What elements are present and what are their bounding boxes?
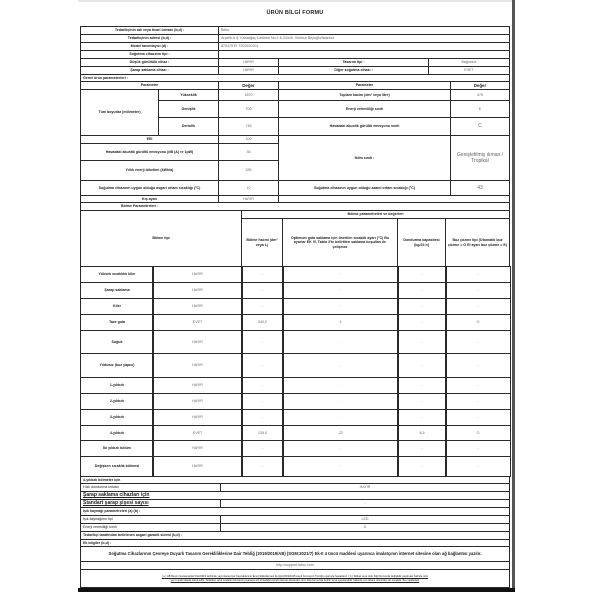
compartment-cell-freeze: - bbox=[397, 282, 447, 299]
compartment-cell-temp: - bbox=[282, 393, 399, 410]
footnote-line-2: yeni model olarak kabul edilir. Tedarikç… bbox=[171, 579, 420, 583]
compartment-cell-temp: -22 bbox=[282, 425, 399, 441]
col-defrost-header: Buz çözme tipi (Otomatik buz çözme = O E… bbox=[445, 218, 510, 267]
compartment-cell-defrost: - bbox=[445, 377, 511, 394]
min-ambient-temp-value: 10 bbox=[218, 180, 279, 196]
depth-value: 745 bbox=[218, 117, 279, 136]
compartment-cell-volume: 340,0 bbox=[241, 314, 284, 331]
compartment-cell-volume: - bbox=[241, 266, 284, 283]
compartment-cell-temp: - bbox=[282, 456, 399, 477]
compartment-cell-volume: - bbox=[241, 330, 284, 354]
width-label: Genişlik bbox=[158, 100, 219, 118]
compartment-cell-freeze: - bbox=[397, 266, 447, 283]
depth-label: Derinlik bbox=[158, 117, 219, 136]
page-right-edge bbox=[512, 0, 515, 592]
width-value: 700 bbox=[218, 100, 279, 118]
compartment-cell-name: Yıldızsız (buz yapıcı) bbox=[80, 353, 154, 378]
compartment-cell-name: Taze gıda bbox=[80, 314, 154, 331]
compartment-cell-present: HAYIR bbox=[152, 266, 243, 283]
compartment-cell-temp: - bbox=[282, 353, 399, 378]
compartment-cell-temp: - bbox=[282, 298, 399, 315]
compartment-cell-present: HAYIR bbox=[152, 353, 243, 378]
compartment-cell-defrost: - bbox=[445, 409, 511, 426]
compartment-cell-defrost: - bbox=[445, 456, 511, 477]
compartment-cell-freeze: - bbox=[397, 353, 447, 378]
compartment-cell-present: EVET bbox=[152, 425, 243, 441]
compartment-cell-name: 3-yıldızlı bbox=[80, 409, 154, 426]
compartment-cell-present: HAYIR bbox=[152, 330, 243, 354]
compartment-cell-freeze: - bbox=[397, 409, 447, 426]
climate-class-value: Genişletilmiş ılıman / Tropikal bbox=[450, 135, 510, 181]
compartment-cell-name: 4-yıldızlı bbox=[80, 425, 154, 441]
compartment-cell-present: EVET bbox=[152, 314, 243, 331]
compartment-cell-defrost: - bbox=[445, 393, 511, 410]
form-title: ÜRÜN BİLGİ FORMU bbox=[80, 10, 510, 16]
compartment-cell-present: HAYIR bbox=[152, 282, 243, 299]
compartment-type-header: Bölme tipi bbox=[80, 210, 242, 267]
noise-emission-value: 36 bbox=[218, 143, 279, 161]
compartment-cell-defrost: - bbox=[445, 440, 511, 457]
compartment-cell-volume: - bbox=[241, 353, 284, 378]
compartment-cell-temp: - bbox=[282, 330, 399, 354]
compartment-cell-present: HAYIR bbox=[152, 393, 243, 410]
col-volume-header: Bölme hacmi (dm³ veya L) bbox=[241, 218, 283, 267]
compartment-cell-present: HAYIR bbox=[152, 456, 243, 477]
compartment-cell-freeze: - bbox=[397, 377, 447, 394]
annual-energy-label: Yıllık enerji tüketimi (kWh/a) bbox=[80, 160, 219, 181]
noise-class-value: C bbox=[450, 117, 510, 136]
col-freeze-header: Dondurma kapasitesi (kg/24 h) bbox=[397, 218, 446, 267]
compartment-cell-volume: - bbox=[241, 282, 284, 299]
compartment-cell-volume: - bbox=[241, 456, 284, 477]
compartment-cell-name: 2-yıldızlı bbox=[80, 393, 154, 410]
compartment-cell-volume: - bbox=[241, 298, 284, 315]
compartment-cell-volume: - bbox=[241, 440, 284, 457]
compartment-cell-name: Yüksek sıcaklıklı kiler bbox=[80, 266, 154, 283]
compartment-cell-freeze: 8,5 bbox=[397, 425, 447, 441]
footnotes: ( a ) AB Resmi Gazetesinde 5/12/2019 tar… bbox=[80, 569, 510, 588]
compartment-cell-temp: - bbox=[282, 377, 399, 394]
max-ambient-temp-value: 43 bbox=[450, 180, 510, 196]
compartment-cell-name: İki yıldızlı bölüm bbox=[80, 440, 154, 457]
noise-emission-label: Havadaki akustik gürültü emisyonu (dB (A… bbox=[80, 143, 219, 161]
compartment-cell-volume: - bbox=[241, 377, 284, 394]
compartment-cell-defrost: O bbox=[445, 425, 511, 441]
energy-class-value: E bbox=[450, 100, 510, 118]
compartment-cell-name: Şarap saklama bbox=[80, 282, 154, 299]
compartment-cell-defrost: - bbox=[445, 266, 511, 283]
compartment-cell-freeze: - bbox=[397, 330, 447, 354]
compartment-cell-defrost: - bbox=[445, 282, 511, 299]
compartment-cell-temp: - bbox=[282, 440, 399, 457]
noise-class-label: Havadaki akustik gürültü emisyonu sınıfı bbox=[278, 117, 451, 136]
min-ambient-temp-label: Soğutma cihazının uygun olduğu asgari or… bbox=[80, 180, 219, 196]
energy-class-label: Enerji verimliliği sınıfı bbox=[278, 100, 451, 118]
compartment-cell-defrost: O bbox=[445, 314, 511, 331]
col-temp-header: Optimum gıda saklama için önerilen sıcak… bbox=[282, 218, 398, 267]
compartment-cell-freeze: - bbox=[397, 298, 447, 315]
compartment-cell-freeze: - bbox=[397, 393, 447, 410]
compartment-cell-volume: - bbox=[241, 393, 284, 410]
compartment-cell-name: Soğuk bbox=[80, 330, 154, 354]
compartment-cell-defrost: - bbox=[445, 353, 511, 378]
annual-energy-value: 285 bbox=[218, 160, 279, 181]
regulation-notice: Soğutma Cihazlarının Çevreye Duyarlı Tas… bbox=[80, 546, 510, 562]
compartment-cell-volume: - bbox=[241, 409, 284, 426]
compartment-cell-defrost: - bbox=[445, 330, 511, 354]
climate-class-label: İklim sınıfı : bbox=[278, 135, 451, 181]
compartment-cell-name: Değişken sıcaklık bölmesi bbox=[80, 456, 154, 477]
compartment-cell-temp: - bbox=[282, 282, 399, 299]
compartment-cell-volume: 135,0 bbox=[241, 425, 284, 441]
compartment-cell-present: HAYIR bbox=[152, 377, 243, 394]
compartment-cell-freeze: - bbox=[397, 440, 447, 457]
max-ambient-temp-label: Soğutma cihazının uygun olduğu azami ort… bbox=[278, 180, 451, 196]
compartment-cell-temp: - bbox=[282, 409, 399, 426]
dimensions-label: Tüm boyutlar (milimetre) bbox=[80, 89, 159, 136]
compartment-cell-name: 1-yıldızlı bbox=[80, 377, 154, 394]
page-bottom-edge bbox=[78, 588, 515, 592]
compartment-cell-freeze: - bbox=[397, 456, 447, 477]
compartment-cell-name: Kiler bbox=[80, 298, 154, 315]
compartment-cell-present: HAYIR bbox=[152, 409, 243, 426]
compartment-cell-present: HAYIR bbox=[152, 440, 243, 457]
compartment-cell-freeze: - bbox=[397, 314, 447, 331]
compartment-cell-temp: - bbox=[282, 266, 399, 283]
compartment-cell-temp: 4 bbox=[282, 314, 399, 331]
compartment-cell-present: HAYIR bbox=[152, 298, 243, 315]
compartment-cell-defrost: - bbox=[445, 298, 511, 315]
